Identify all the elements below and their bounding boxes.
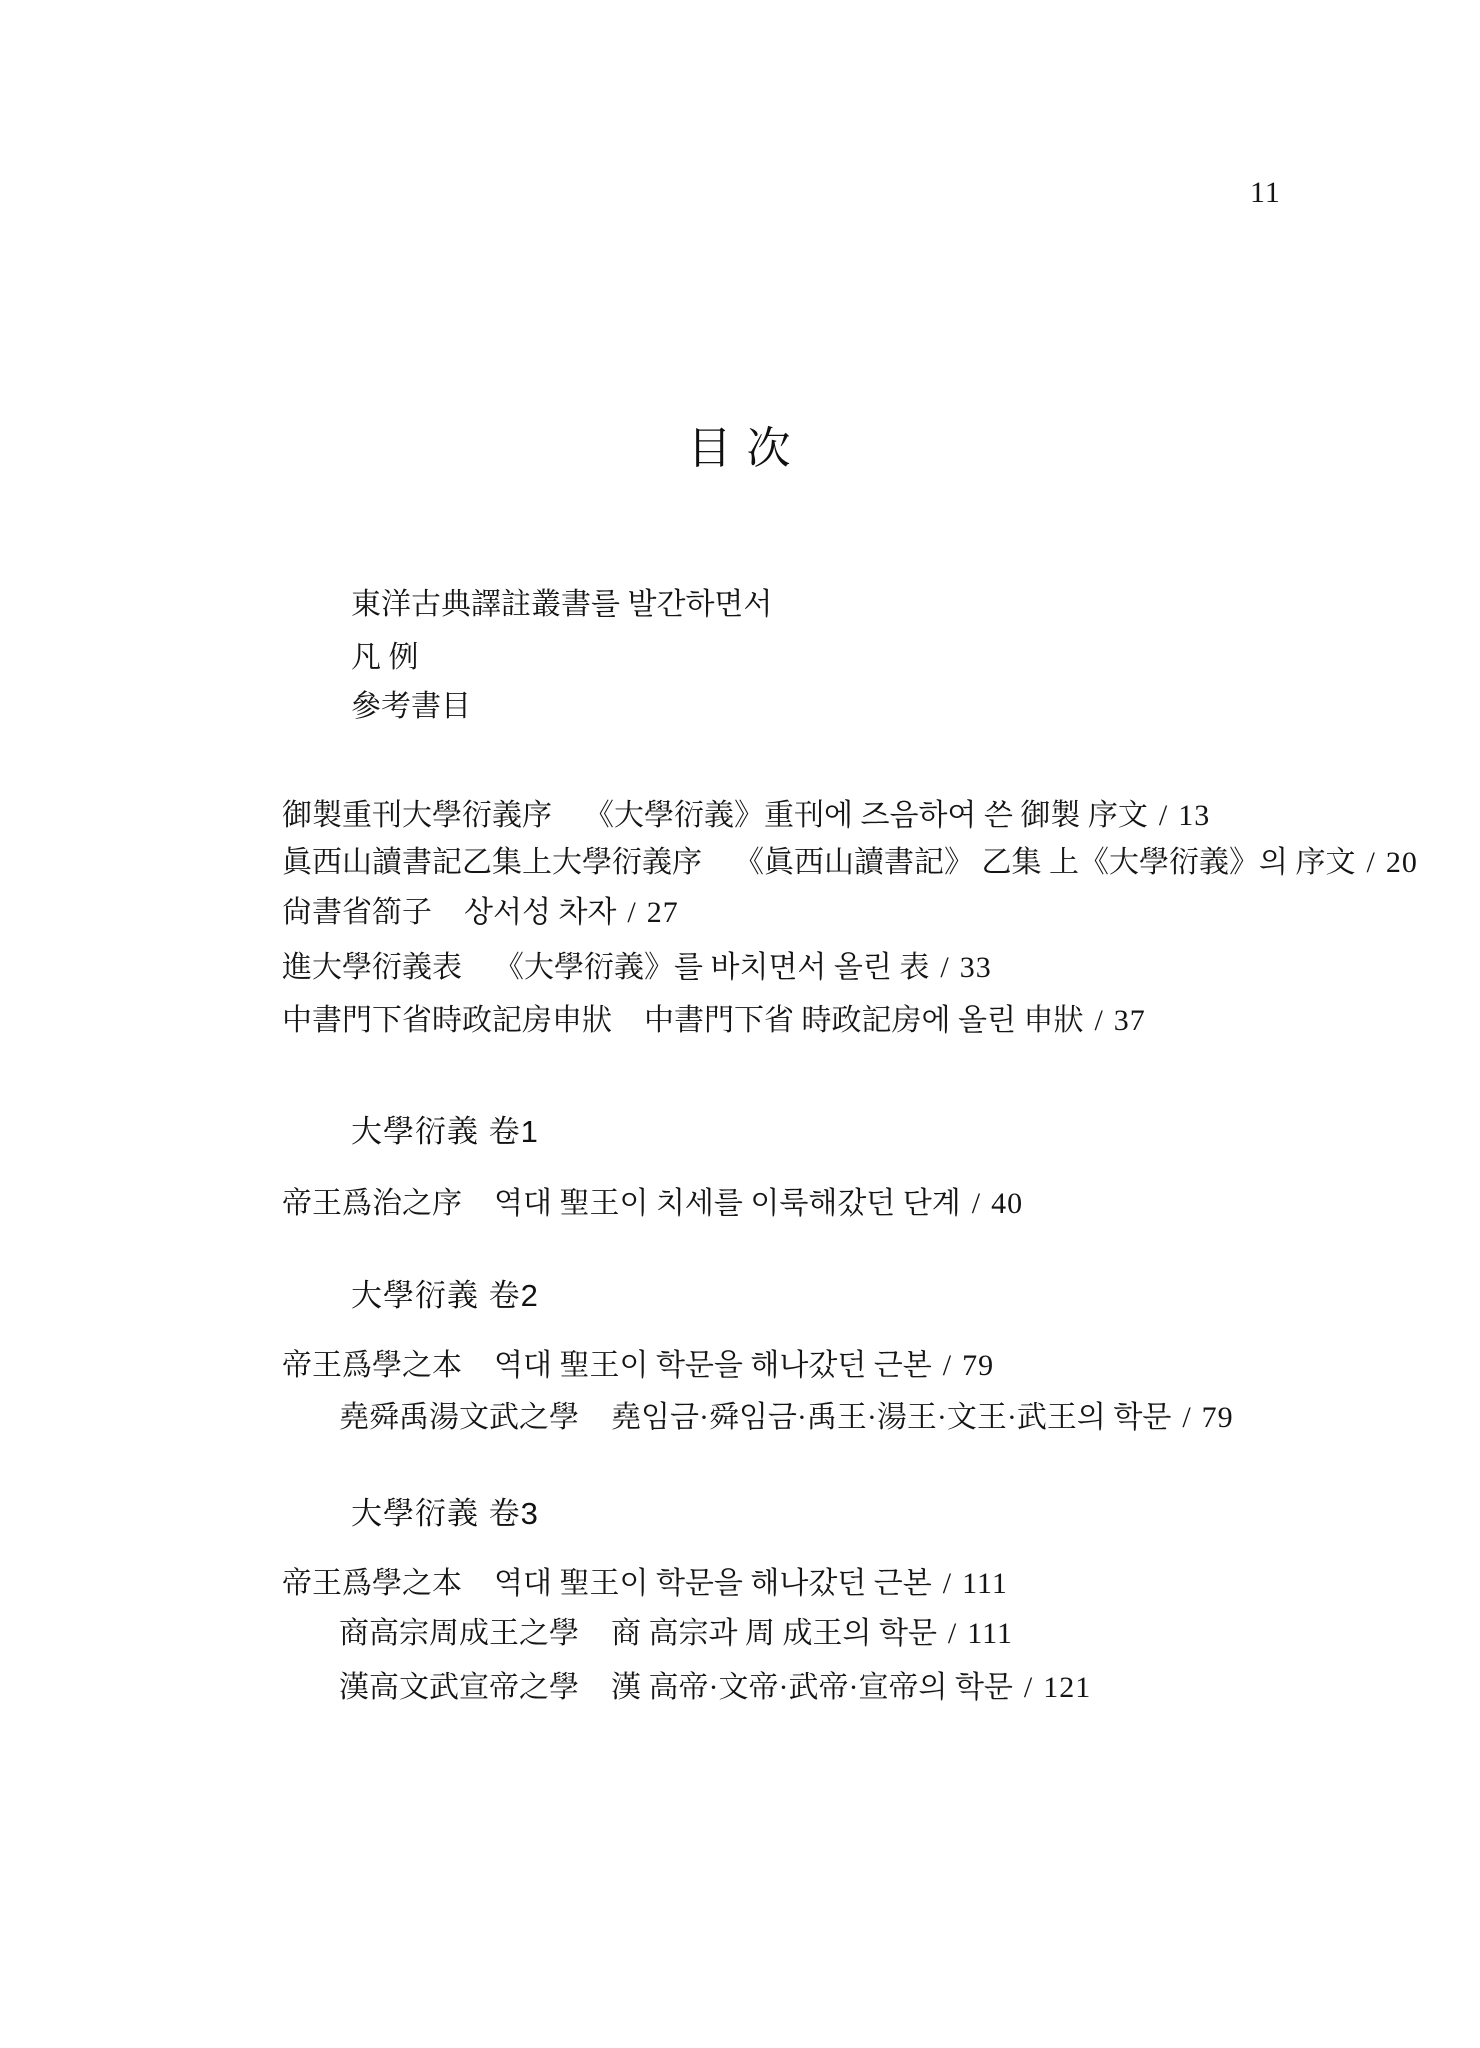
entry-translation: 漢 高帝·文帝·武帝·宣帝의 학문 [611, 1671, 1013, 1704]
toc-page: 11 目 次 東洋古典譯註叢書를 발간하면서 凡 例 參考書目 御製重刊大學衍義… [0, 0, 1480, 2048]
entry-hanja: 進大學衍義表 [282, 951, 462, 984]
toc-entry: 尙書省箚子상서성 차자/27 [282, 896, 679, 930]
entry-page-number: 79 [962, 1349, 994, 1382]
toc-subentry: 堯舜禹湯文武之學堯임금·舜임금·禹王·湯王·文王·武王의 학문/79 [339, 1401, 1234, 1435]
entry-hanja: 帝王爲治之序 [282, 1187, 462, 1220]
page-separator: / [972, 1187, 980, 1220]
page-separator: / [1024, 1671, 1032, 1704]
page-separator: / [943, 1349, 951, 1382]
front-matter-item: 凡 例 [351, 641, 419, 675]
entry-page-number: 37 [1114, 1004, 1146, 1037]
entry-translation: 《大學衍義》를 바치면서 올린 表 [494, 951, 929, 984]
section-header-vol1: 大學衍義 卷1 [351, 1115, 539, 1149]
entry-page-number: 121 [1043, 1671, 1091, 1704]
section-header-vol2: 大學衍義 卷2 [351, 1279, 539, 1313]
entry-page-number: 111 [967, 1617, 1013, 1650]
front-matter-label: 參考書目 [351, 690, 471, 723]
entry-translation: 역대 聖王이 학문을 해나갔던 근본 [494, 1567, 932, 1600]
entry-translation: 《大學衍義》重刊에 즈음하여 쓴 御製 序文 [584, 799, 1148, 832]
toc-entry: 帝王爲學之本역대 聖王이 학문을 해나갔던 근본/79 [282, 1349, 994, 1383]
entry-translation: 역대 聖王이 학문을 해나갔던 근본 [494, 1349, 932, 1382]
toc-entry: 帝王爲治之序역대 聖王이 치세를 이룩해갔던 단계/40 [282, 1187, 1023, 1221]
section-header-vol3: 大學衍義 卷3 [351, 1497, 539, 1531]
page-separator: / [940, 951, 948, 984]
page-separator: / [948, 1617, 956, 1650]
page-separator: / [1366, 846, 1374, 879]
toc-entry: 中書門下省時政記房申狀中書門下省 時政記房에 올린 申狀/37 [282, 1004, 1146, 1038]
toc-entry: 眞西山讀書記乙集上大學衍義序《眞西山讀書記》 乙集 上《大學衍義》의 序文/20 [282, 846, 1418, 880]
entry-translation: 堯임금·舜임금·禹王·湯王·文王·武王의 학문 [611, 1401, 1171, 1434]
entry-hanja: 御製重刊大學衍義序 [282, 799, 552, 832]
entry-translation: 상서성 차자 [464, 896, 616, 929]
entry-hanja: 漢高文武宣帝之學 [339, 1671, 579, 1704]
toc-entry: 御製重刊大學衍義序《大學衍義》重刊에 즈음하여 쓴 御製 序文/13 [282, 799, 1210, 833]
entry-hanja: 商高宗周成王之學 [339, 1617, 579, 1650]
page-separator: / [943, 1567, 951, 1600]
entry-translation: 中書門下省 時政記房에 올린 申狀 [644, 1004, 1083, 1037]
entry-page-number: 13 [1178, 799, 1210, 832]
entry-translation: 역대 聖王이 치세를 이룩해갔던 단계 [494, 1187, 961, 1220]
entry-page-number: 40 [991, 1187, 1023, 1220]
front-matter-item: 東洋古典譯註叢書를 발간하면서 [351, 588, 772, 622]
toc-subentry: 商高宗周成王之學商 高宗과 周 成王의 학문/111 [339, 1617, 1013, 1651]
entry-hanja: 眞西山讀書記乙集上大學衍義序 [282, 846, 702, 879]
toc-entry: 進大學衍義表《大學衍義》를 바치면서 올린 表/33 [282, 951, 992, 985]
toc-subentry: 漢高文武宣帝之學漢 高帝·文帝·武帝·宣帝의 학문/121 [339, 1671, 1091, 1705]
front-matter-item: 參考書目 [351, 690, 471, 724]
entry-hanja: 堯舜禹湯文武之學 [339, 1401, 579, 1434]
entry-hanja: 帝王爲學之本 [282, 1567, 462, 1600]
page-separator: / [627, 896, 635, 929]
entry-hanja: 中書門下省時政記房申狀 [282, 1004, 612, 1037]
entry-page-number: 27 [647, 896, 679, 929]
entry-page-number: 111 [962, 1567, 1008, 1600]
entry-translation: 商 高宗과 周 成王의 학문 [611, 1617, 937, 1650]
entry-translation: 《眞西山讀書記》 乙集 上《大學衍義》의 序文 [734, 846, 1355, 879]
page-separator: / [1094, 1004, 1102, 1037]
page-title: 目 次 [0, 424, 1480, 474]
entry-hanja: 尙書省箚子 [282, 896, 432, 929]
front-matter-label: 凡 例 [351, 641, 419, 674]
toc-entry: 帝王爲學之本역대 聖王이 학문을 해나갔던 근본/111 [282, 1567, 1008, 1601]
front-matter-label: 東洋古典譯註叢書를 발간하면서 [351, 588, 772, 621]
page-separator: / [1182, 1401, 1190, 1434]
page-number: 11 [1250, 178, 1281, 208]
entry-page-number: 33 [960, 951, 992, 984]
entry-page-number: 20 [1386, 846, 1418, 879]
entry-hanja: 帝王爲學之本 [282, 1349, 462, 1382]
page-separator: / [1159, 799, 1167, 832]
entry-page-number: 79 [1202, 1401, 1234, 1434]
